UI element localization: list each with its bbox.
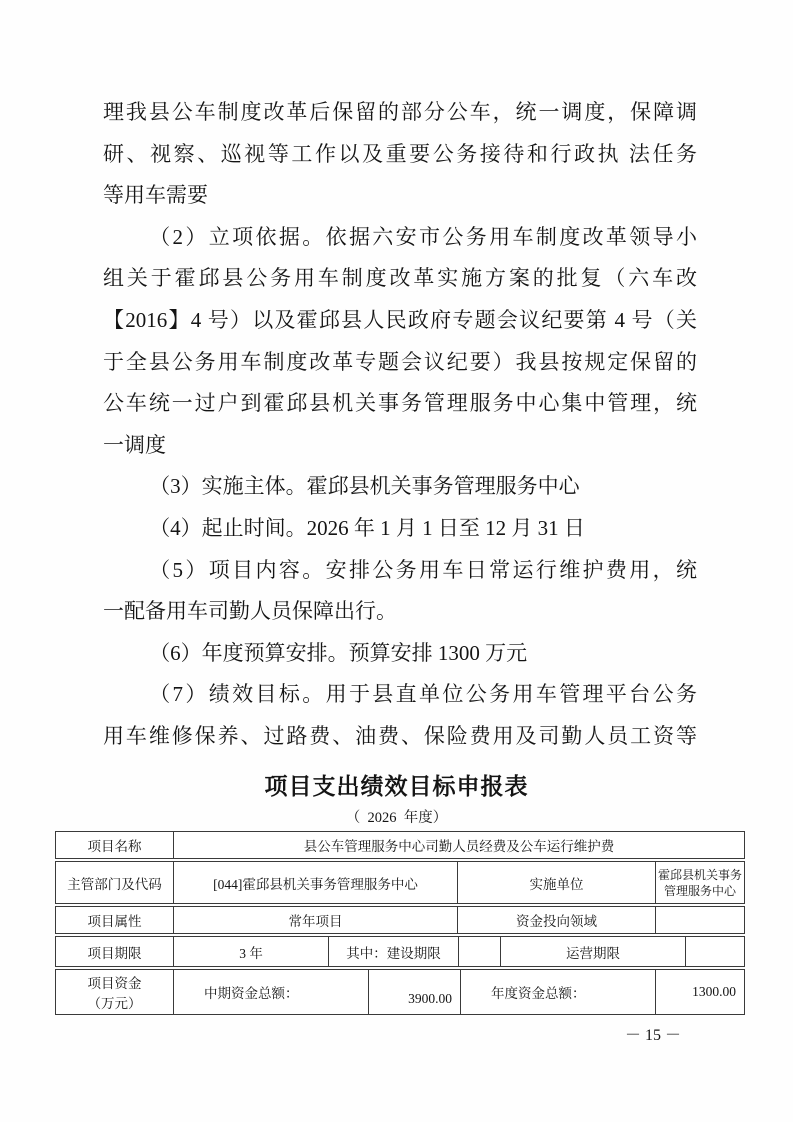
cell-implementing-unit-value: 霍邱县机关事务 管理服务中心 — [656, 862, 744, 903]
cell-implementing-unit-label: 实施单位 — [458, 862, 656, 903]
body-line: 等用车需要 — [103, 175, 697, 217]
table-row-project-name: 项目名称 县公车管理服务中心司勤人员经费及公车运行维护费 — [55, 831, 745, 859]
cell-funds-label: 项目资金 （万元） — [56, 970, 174, 1014]
cell-attribute-label: 项目属性 — [56, 907, 174, 933]
cell-annual-total-value: 1300.00 — [656, 970, 744, 1014]
cell-construction-period-value — [459, 937, 501, 966]
cell-department-value: [044]霍邱县机关事务管理服务中心 — [174, 862, 458, 903]
cell-duration-label: 项目期限 — [56, 937, 174, 966]
cell-project-name-label: 项目名称 — [56, 832, 174, 858]
table-row-duration: 项目期限 3 年 其中：建设期限 运营期限 — [55, 936, 745, 967]
body-line: 【2016】4 号）以及霍邱县人民政府专题会议纪要第 4 号（关 — [103, 300, 697, 342]
body-line: （4）起止时间。2026 年 1 月 1 日至 12 月 31 日 — [103, 508, 697, 550]
cell-midterm-total-value: 3900.00 — [369, 970, 461, 1014]
cell-fund-field-label: 资金投向领域 — [458, 907, 656, 933]
body-line: 理我县公车制度改革后保留的部分公车，统一调度，保障调 — [103, 92, 697, 134]
cell-project-name-value: 县公车管理服务中心司勤人员经费及公车运行维护费 — [174, 832, 744, 858]
cell-midterm-total-label: 中期资金总额： — [174, 970, 369, 1014]
body-line: 公车统一过户到霍邱县机关事务管理服务中心集中管理，统 — [103, 383, 697, 425]
body-line: 用车维修保养、过路费、油费、保险费用及司勤人员工资等 — [103, 716, 697, 758]
body-line: 一配备用车司勤人员保障出行。 — [103, 591, 697, 633]
body-line: （3）实施主体。霍邱县机关事务管理服务中心 — [103, 466, 697, 508]
body-line: （5）项目内容。安排公务用车日常运行维护费用，统 — [103, 550, 697, 592]
table-row-funds: 项目资金 （万元） 中期资金总额： 3900.00 年度资金总额： 1300.0… — [55, 969, 745, 1015]
cell-department-label: 主管部门及代码 — [56, 862, 174, 903]
table-row-attribute: 项目属性 常年项目 资金投向领域 — [55, 906, 745, 934]
body-line: 研、视察、巡视等工作以及重要公务接待和行政执 法任务 — [103, 134, 697, 176]
body-line: 于全县公务用车制度改革专题会议纪要）我县按规定保留的 — [103, 342, 697, 384]
cell-duration-value: 3 年 — [174, 937, 329, 966]
body-line: 一调度 — [103, 425, 697, 467]
cell-annual-total-label: 年度资金总额： — [461, 970, 656, 1014]
form-year-subtitle: （ 2026 年度） — [0, 806, 793, 827]
form-title: 项目支出绩效目标申报表 — [0, 768, 793, 801]
body-line: （2）立项依据。依据六安市公务用车制度改革领导小 — [103, 217, 697, 259]
cell-operation-period-label: 运营期限 — [501, 937, 686, 966]
body-line: （7）绩效目标。用于县直单位公务用车管理平台公务 — [103, 674, 697, 716]
document-page: 理我县公车制度改革后保留的部分公车，统一调度，保障调 研、视察、巡视等工作以及重… — [0, 0, 793, 1122]
body-line: （6）年度预算安排。预算安排 1300 万元 — [103, 633, 697, 675]
cell-fund-field-value — [656, 907, 744, 933]
cell-construction-period-label: 其中：建设期限 — [329, 937, 459, 966]
cell-operation-period-value — [686, 937, 744, 966]
performance-target-table: 项目名称 县公车管理服务中心司勤人员经费及公车运行维护费 主管部门及代码 [04… — [55, 831, 745, 1015]
document-body: 理我县公车制度改革后保留的部分公车，统一调度，保障调 研、视察、巡视等工作以及重… — [103, 92, 697, 758]
page-number: － 15 － — [0, 1022, 793, 1045]
body-line: 组关于霍邱县公务用车制度改革实施方案的批复（六车改 — [103, 258, 697, 300]
cell-attribute-value: 常年项目 — [174, 907, 458, 933]
table-row-department: 主管部门及代码 [044]霍邱县机关事务管理服务中心 实施单位 霍邱县机关事务 … — [55, 861, 745, 904]
